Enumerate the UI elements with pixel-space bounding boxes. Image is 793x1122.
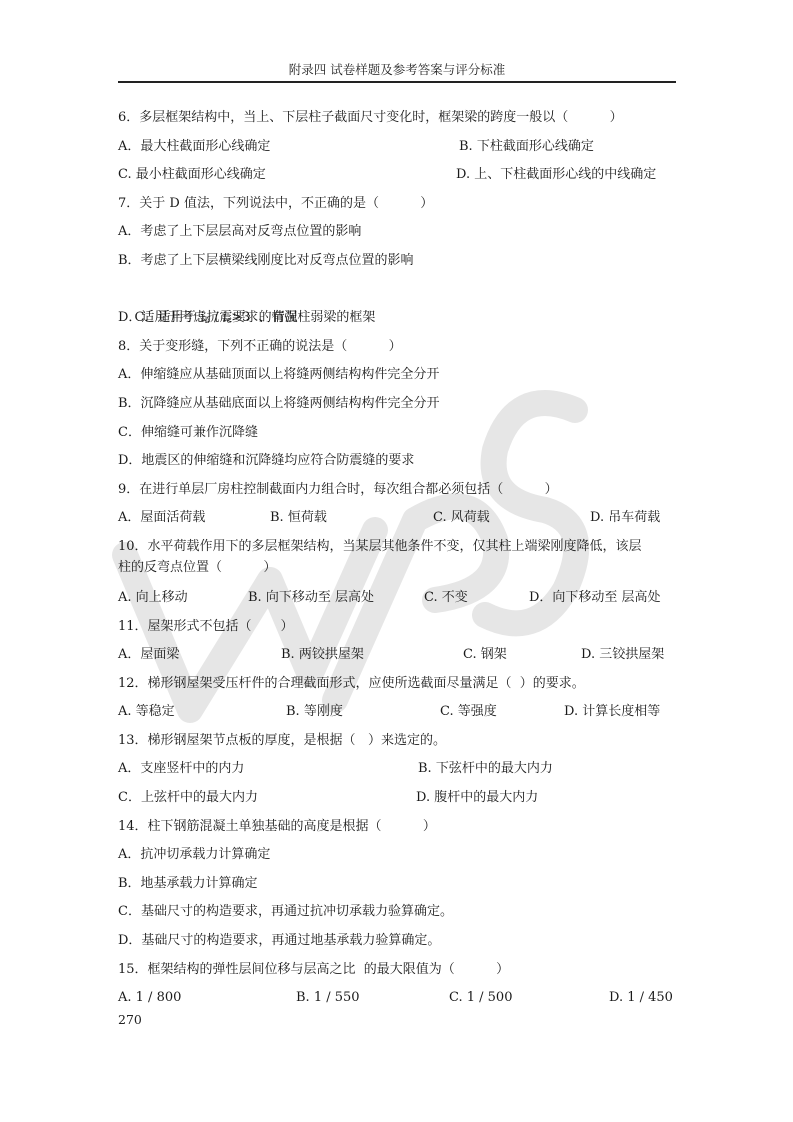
question-13-options-row-1: A．支座竖杆中的内力 B. 下弦杆中的最大内力 [118,755,678,784]
option-a: A．支座竖杆中的内力 [118,755,244,784]
option-c: C．伸缩缝可兼作沉降缝 [118,419,678,448]
option-c: C. 不变 [424,584,468,613]
question-8-stem: 8．关于变形缝，下列不正确的说法是（ ） [118,333,678,362]
option-d: D．向下移动至 层高处 [529,584,661,613]
question-11-options: A．屋面梁 B. 两铰拱屋架 C. 钢架 D. 三铰拱屋架 [118,641,678,670]
option-c: C. 最小柱截面形心线确定 [118,161,266,190]
option-b: B. 下柱截面形心线确定 [459,133,594,162]
question-10-stem-line-1: 10．水平荷载作用下的多层框架结构，当某层其他条件不变，仅其柱上端梁刚度降低，该… [118,536,678,558]
option-d: D. 计算长度相等 [564,698,660,727]
question-13-options-row-2: C．上弦杆中的最大内力 D. 腹杆中的最大内力 [118,784,678,813]
option-c: C. 等强度 [440,698,497,727]
running-header: 附录四 试卷样题及参考答案与评分标准 [118,60,676,78]
option-b: B. 恒荷载 [270,504,327,533]
option-d: D. 吊车荷载 [590,504,660,533]
option-a: A. 1 / 800 [118,984,181,1013]
option-b: B. 下弦杆中的最大内力 [418,755,553,784]
question-7-stem: 7．关于 D 值法，下列说法中，不正确的是（ ） [118,190,678,219]
option-a: A．考虑了上下层层高对反弯点位置的影响 [118,218,678,247]
option-c: C. 风荷载 [433,504,490,533]
question-10-options: A. 向上移动 B. 向下移动至 层高处 C. 不变 D．向下移动至 层高处 [118,584,678,613]
option-c: C．上弦杆中的最大内力 [118,784,258,813]
option-b: B．沉降缝应从基础底面以上将缝两侧结构构件完全分开 [118,390,678,419]
option-d: D. 上、下柱截面形心线的中线确定 [456,161,656,190]
option-b: B．考虑了上下层横梁线刚度比对反弯点位置的影响 [118,247,678,276]
option-b: B. 两铰拱屋架 [281,641,364,670]
option-d: D. 腹杆中的最大内力 [416,784,538,813]
option-a: A．最大柱截面形心线确定 [118,133,270,162]
question-13-stem: 13．梯形钢屋架节点板的厚度，是根据（ ）来选定的。 [118,727,678,756]
question-6-options-row-2: C. 最小柱截面形心线确定 D. 上、下柱截面形心线的中线确定 [118,161,678,190]
question-15-options: A. 1 / 800 B. 1 / 550 C. 1 / 500 D. 1 / … [118,984,678,1013]
question-15-stem: 15．框架结构的弹性层间位移与层高之比 的最大限值为（ ） [118,956,678,985]
question-6-options-row-1: A．最大柱截面形心线确定 B. 下柱截面形心线确定 [118,133,678,162]
option-d: D. 三铰拱屋架 [581,641,664,670]
option-b: B. 1 / 550 [296,984,360,1013]
header-divider [118,81,676,83]
question-10-stem-line-2: 柱的反弯点位置（ ） [118,558,678,584]
option-b: B. 向下移动至 层高处 [248,584,374,613]
option-b: B. 等刚度 [286,698,343,727]
option-a: A. 向上移动 [118,584,188,613]
option-c: C. 钢架 [463,641,507,670]
option-c: C．适用于 ib / ic>3 的情况 [118,276,678,305]
question-11-stem: 11．屋架形式不包括（ ） [118,613,678,642]
option-c: C．基础尺寸的构造要求，再通过抗冲切承载力验算确定。 [118,898,678,927]
option-a: A．伸缩缝应从基础顶面以上将缝两侧结构构件完全分开 [118,361,678,390]
option-d: D．适用于考虑抗震要求、有强柱弱梁的框架 [118,304,678,333]
question-6-stem: 6．多层框架结构中，当上、下层柱子截面尺寸变化时，框架梁的跨度一般以（ ） [118,104,678,133]
option-a: A．屋面活荷载 [118,504,205,533]
question-14-stem: 14．柱下钢筋混凝土单独基础的高度是根据（ ） [118,813,678,842]
question-9-stem: 9．在进行单层厂房柱控制截面内力组合时，每次组合都必须包括（ ） [118,476,678,505]
option-a: A. 等稳定 [118,698,175,727]
option-d: D．地震区的伸缩缝和沉降缝均应符合防震缝的要求 [118,447,678,476]
option-c: C. 1 / 500 [449,984,512,1013]
option-a: A．抗冲切承载力计算确定 [118,841,678,870]
exam-questions: 6．多层框架结构中，当上、下层柱子截面尺寸变化时，框架梁的跨度一般以（ ） A．… [118,104,678,1013]
question-9-options: A．屋面活荷载 B. 恒荷载 C. 风荷载 D. 吊车荷载 [118,504,678,533]
option-b: B．地基承载力计算确定 [118,870,678,899]
question-12-stem: 12．梯形钢屋架受压杆件的合理截面形式，应使所选截面尽量满足（ ）的要求。 [118,670,678,699]
option-a: A．屋面梁 [118,641,179,670]
question-12-options: A. 等稳定 B. 等刚度 C. 等强度 D. 计算长度相等 [118,698,678,727]
option-d: D. 1 / 450 [609,984,673,1013]
option-d: D．基础尺寸的构造要求，再通过地基承载力验算确定。 [118,927,678,956]
